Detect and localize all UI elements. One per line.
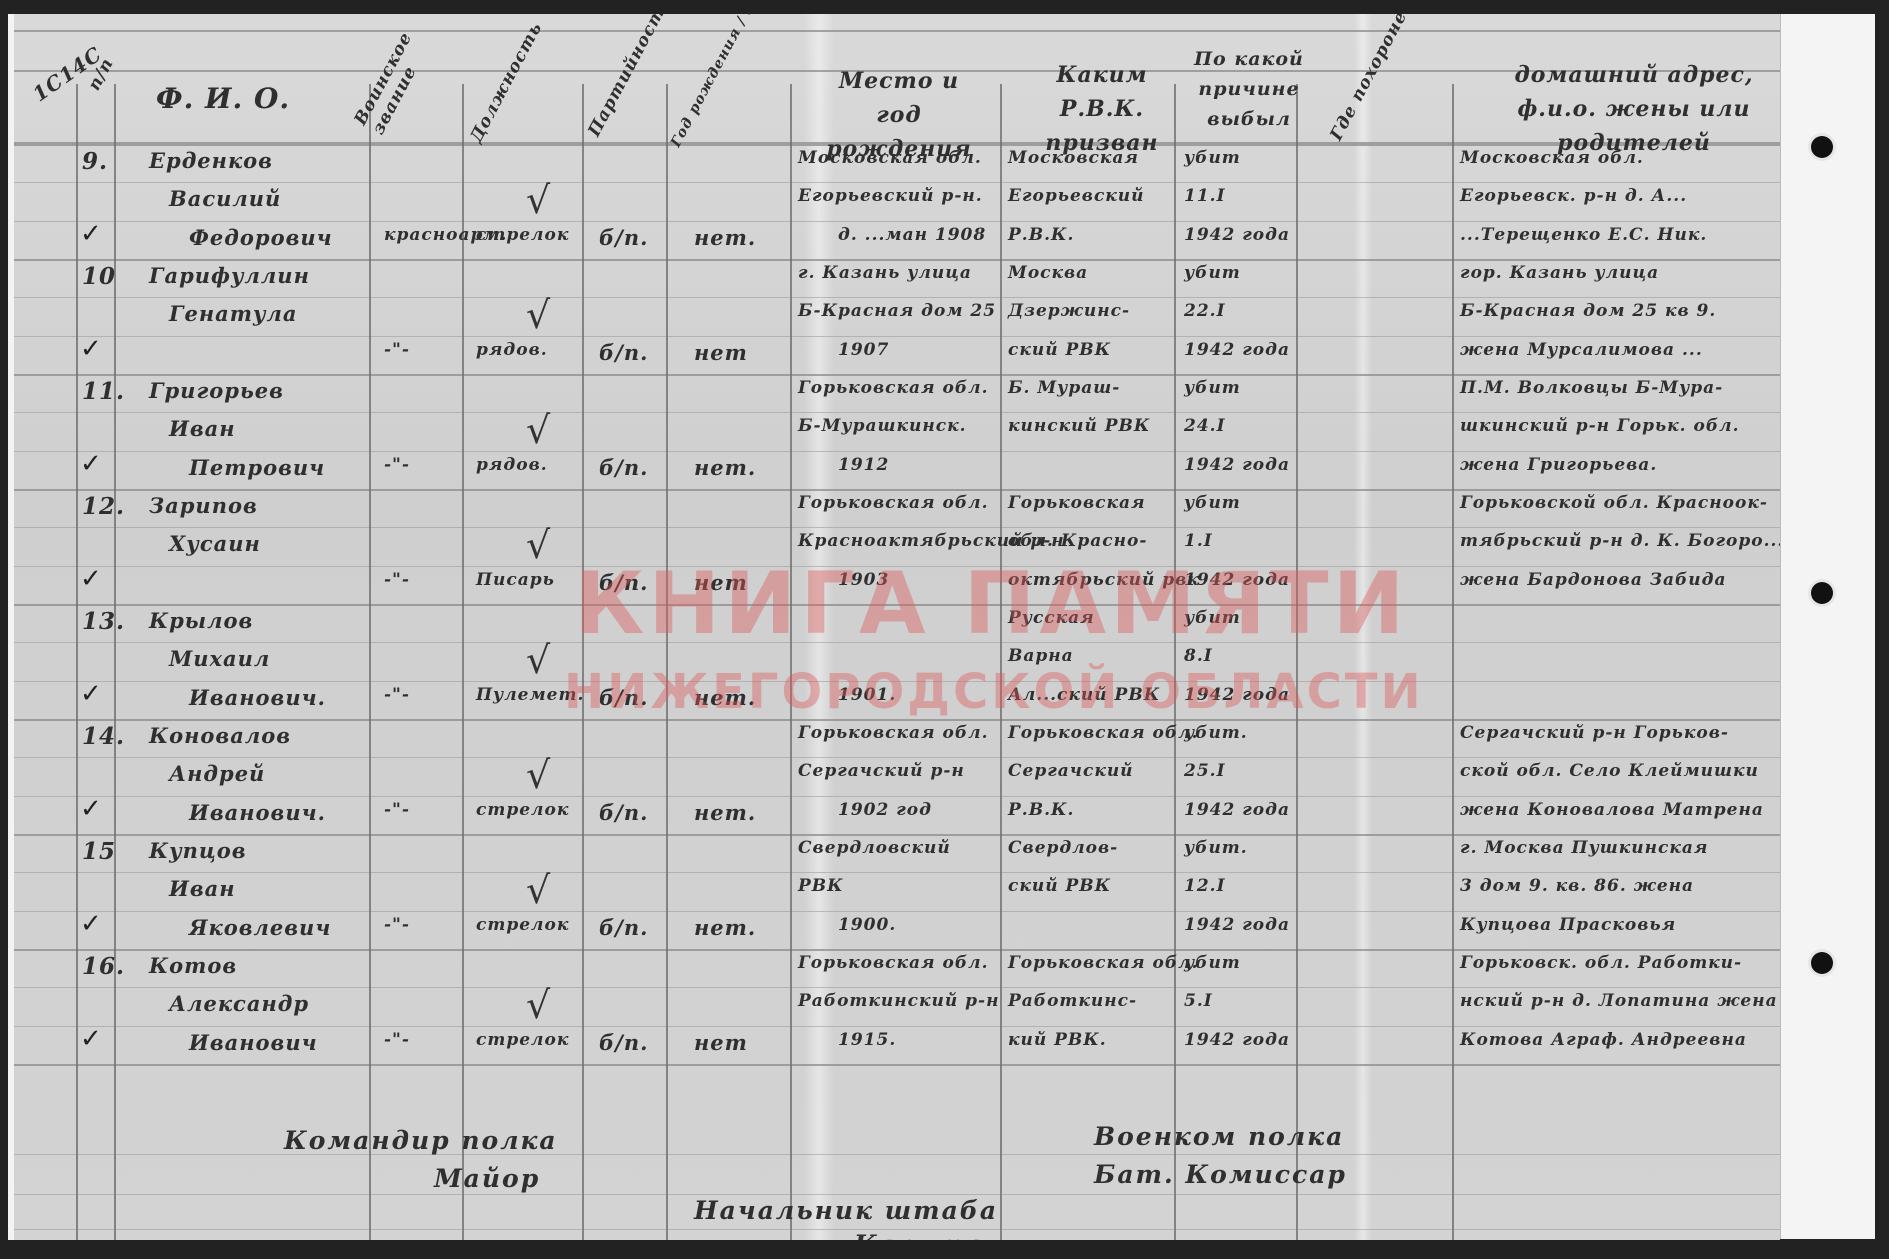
extra-value: нет. [694,915,756,940]
sub-rule [14,412,1780,413]
sub-rule [14,527,1780,528]
soldier-name-part: Федорович [189,225,333,250]
rvk-line: кинский РВК [1008,416,1150,436]
reason-line: 12.I [1184,876,1226,896]
watermark-subtitle: НИЖЕГОРОДСКОЙ ОБЛАСТИ [564,664,1424,720]
soldier-name-part: Яковлевич [189,915,331,940]
checkmark-icon: √ [526,408,551,452]
birthplace-line: Егорьевский р-н. [798,186,983,206]
rvk-line: Сергачский [1008,761,1134,781]
sub-rule [14,872,1780,873]
column-divider [666,84,668,1240]
margin-tick-icon: ✓ [80,794,102,824]
rvk-line: Дзержинс- [1008,301,1130,321]
reason-line: убит. [1184,723,1248,743]
birthplace-line: 1912 [838,455,889,475]
soldier-name-part: Андрей [169,761,265,786]
address-line: Купцова Прасковья [1460,915,1676,935]
soldier-name-part: Иван [169,876,236,901]
reason-line: убит [1184,378,1241,398]
reason-line: 1942 года [1184,340,1290,360]
reason-line: 5.I [1184,991,1213,1011]
margin-tick-icon: ✓ [80,449,102,479]
rank-value: -"- [384,685,410,705]
address-line: жена Мурсалимова ... [1460,340,1703,360]
address-line: нский р-н д. Лопатина жена [1460,991,1778,1011]
sub-rule [14,297,1780,298]
position-value: рядов. [476,455,548,475]
rvk-line: Московская [1008,148,1139,168]
row-divider [14,259,1780,261]
extra-value: нет [694,1030,748,1055]
rank-value: -"- [384,800,410,820]
reason-line: 25.I [1184,761,1226,781]
soldier-name-part: Котов [149,953,237,978]
rank-value: -"- [384,915,410,935]
address-line: Горьковск. обл. Работки- [1460,953,1742,973]
birthplace-line: Горьковская обл. [798,378,988,398]
extra-value: нет [694,340,748,365]
margin-tick-icon: ✓ [80,564,102,594]
rule-line [14,1194,1780,1195]
rvk-line: Работкинс- [1008,991,1137,1011]
checkmark-icon: √ [526,753,551,797]
address-line: тябрьский р-н д. К. Богоро... [1460,531,1780,551]
commissar-rank: Бат. Комиссар [1094,1160,1347,1189]
rvk-line: Горьковская [1008,493,1146,513]
row-number: 9. [82,148,108,175]
position-value: Писарь [476,570,555,590]
header-party: Партийность [584,14,675,140]
birthplace-line: Работкинский р-н [798,991,1000,1011]
party-value: б/п. [599,800,648,825]
address-line: Горьковской обл. Красноок- [1460,493,1768,513]
reason-line: 1942 года [1184,455,1290,475]
birthplace-line: Горьковская обл. [798,723,988,743]
rvk-line: ский РВК [1008,876,1111,896]
birthplace-line: 1907 [838,340,889,360]
row-divider [14,374,1780,376]
birthplace-line: Горьковская обл. [798,493,988,513]
checkmark-icon: √ [526,293,551,337]
party-value: б/п. [599,915,648,940]
address-line: жена Бардонова Забида [1460,570,1727,590]
extra-value: нет. [694,800,756,825]
rvk-line: Р.В.К. [1008,225,1074,245]
row-divider [14,489,1780,491]
header-address: домашний адрес, ф.и.о. жены или родителе… [1474,58,1780,160]
punch-hole [1811,582,1833,604]
checkmark-icon: √ [526,178,551,222]
rvk-line: Горьковская обл. [1008,723,1198,743]
birthplace-line: 1900. [838,915,896,935]
reason-line: 1942 года [1184,225,1290,245]
header-rvk: Каким Р.В.К. призван [1032,58,1172,160]
address-line: жена Коновалова Матрена [1460,800,1764,820]
party-value: б/п. [599,455,648,480]
birthplace-line: 1902 год [838,800,932,820]
sub-rule [14,987,1780,988]
birthplace-line: Свердловский [798,838,951,858]
commander-rank: Майор [434,1164,540,1193]
column-divider [1296,84,1298,1240]
sub-rule [14,182,1780,183]
rank-value: -"- [384,340,410,360]
address-line: г. Москва Пушкинская [1460,838,1708,858]
rvk-line: Москва [1008,263,1088,283]
rank-value: -"- [384,455,410,475]
address-line: гор. Казань улица [1460,263,1659,283]
checkmark-icon: √ [526,523,551,567]
checkmark-icon: √ [526,983,551,1027]
header-where: Где похоронен [1326,14,1418,144]
row-number: 16. [82,953,125,980]
reason-line: 22.I [1184,301,1226,321]
column-divider [114,84,116,1240]
sub-rule [14,757,1780,758]
reason-line: 1942 года [1184,800,1290,820]
margin-tick-icon: ✓ [80,679,102,709]
column-divider [790,84,792,1240]
birthplace-line: Московская обл. [798,148,982,168]
soldier-name-part: Крылов [149,608,253,633]
soldier-name-part: Коновалов [149,723,291,748]
party-value: б/п. [599,340,648,365]
rvk-line: Горьковская обл. [1008,953,1198,973]
extra-value: нет. [694,225,756,250]
row-number: 10 [82,263,116,290]
address-line: жена Григорьева. [1460,455,1657,475]
soldier-name-part: Зарипов [149,493,258,518]
sub-rule [14,336,1780,337]
birthplace-line: д. ...ман 1908 [838,225,986,245]
column-divider [582,84,584,1240]
rvk-line: Б. Мураш- [1008,378,1120,398]
rvk-line: обл. Красно- [1008,531,1147,551]
row-number: 11. [82,378,125,405]
column-divider [76,84,78,1240]
checkmark-icon: √ [526,638,551,682]
rvk-line: ский РВК [1008,340,1111,360]
sub-rule [14,1026,1780,1027]
address-line: 3 дом 9. кв. 86. жена [1460,876,1694,896]
sub-rule [14,911,1780,912]
reason-line: убит. [1184,838,1248,858]
extra-value: нет. [694,455,756,480]
soldier-name-part: Генатула [169,301,298,326]
header-position: Должность [466,19,546,146]
rvk-line: Р.В.К. [1008,800,1074,820]
header-year-party: Год рождения / Партийность [668,14,814,150]
binding-strip [1780,14,1875,1239]
address-line: Б-Красная дом 25 кв 9. [1460,301,1716,321]
birthplace-line: Горьковская обл. [798,953,988,973]
address-line: П.М. Волковцы Б-Мура- [1460,378,1723,398]
position-value: стрелок [476,1030,569,1050]
position-value: рядов. [476,340,548,360]
margin-tick-icon: ✓ [80,334,102,364]
reason-line: убит [1184,263,1241,283]
row-divider [14,834,1780,836]
commander-title: Командир полка [284,1126,558,1155]
margin-tick-icon: ✓ [80,909,102,939]
column-divider [462,84,464,1240]
soldier-name-part: Петрович [189,455,325,480]
rule-line [14,1154,1780,1155]
column-divider [1174,84,1176,1240]
birthplace-line: РВК [798,876,844,896]
sub-rule [14,451,1780,452]
reason-line: убит [1184,148,1241,168]
reason-line: 11.I [1184,186,1226,206]
position-value: стрелок [476,800,569,820]
reason-line: 1942 года [1184,915,1290,935]
document-sheet: 1С14С п/п Ф. И. О. Воинское звание Должн… [8,14,1780,1240]
row-number: 12. [82,493,125,520]
header-reason: По какой причине выбыл [1194,44,1304,134]
party-value: б/п. [599,225,648,250]
punch-hole [1811,136,1833,158]
row-number: 14. [82,723,125,750]
soldier-name-part: Василий [169,186,281,211]
reason-line: убит [1184,953,1241,973]
birthplace-line: Б-Мурашкинск. [798,416,967,436]
header-rank: Воинское звание [351,31,433,138]
soldier-name-part: Хусаин [169,531,261,556]
header-fio: Ф. И. О. [156,82,290,115]
soldier-name-part: Иванович. [189,800,326,825]
rvk-line: Егорьевский [1008,186,1145,206]
column-divider [369,84,371,1240]
birthplace-line: Сергачский р-н [798,761,965,781]
column-divider [1000,84,1002,1240]
address-line: Котова Аграф. Андреевна [1460,1030,1747,1050]
rvk-line: кий РВК. [1008,1030,1107,1050]
row-number: 13. [82,608,125,635]
rank-value: -"- [384,1030,410,1050]
address-line: ской обл. Село Клеймишки [1460,761,1759,781]
row-divider [14,949,1780,951]
soldier-name-part: Иванович. [189,685,326,710]
punch-hole [1811,952,1833,974]
rank-value: -"- [384,570,410,590]
address-line: Егорьевск. р-н д. А... [1460,186,1687,206]
birthplace-line: 1915. [838,1030,896,1050]
soldier-name-part: Гарифуллин [149,263,310,288]
address-line: Московская обл. [1460,148,1644,168]
reason-line: 1.I [1184,531,1213,551]
checkmark-icon: √ [526,868,551,912]
address-line: ...Терещенко Е.С. Ник. [1460,225,1707,245]
commissar-title: Военком полка [1094,1122,1344,1151]
row-divider [14,1064,1780,1066]
address-line: Сергачский р-н Горьков- [1460,723,1729,743]
address-line: шкинский р-н Горьк. обл. [1460,416,1740,436]
birthplace-line: г. Казань улица [798,263,972,283]
watermark-title: КНИГА ПАМЯТИ [574,554,1409,654]
rvk-line: Свердлов- [1008,838,1118,858]
sub-rule [14,796,1780,797]
birthplace-line: Б-Красная дом 25 [798,301,996,321]
chief-of-staff-title: Начальник штаба [694,1196,998,1225]
soldier-name-part: Ерденков [149,148,273,173]
sub-rule [14,221,1780,222]
chief-of-staff-rank: Капитан [854,1230,1004,1240]
soldier-name-part: Купцов [149,838,247,863]
margin-tick-icon: ✓ [80,219,102,249]
reason-line: 1942 года [1184,1030,1290,1050]
position-value: стрелок [476,225,569,245]
soldier-name-part: Александр [169,991,309,1016]
margin-tick-icon: ✓ [80,1024,102,1054]
soldier-name-part: Иван [169,416,236,441]
position-value: стрелок [476,915,569,935]
party-value: б/п. [599,1030,648,1055]
rule-line [14,30,1780,32]
soldier-name-part: Григорьев [149,378,284,403]
reason-line: убит [1184,493,1241,513]
row-number: 15 [82,838,116,865]
soldier-name-part: Михаил [169,646,270,671]
reason-line: 24.I [1184,416,1226,436]
column-divider [1452,84,1454,1240]
soldier-name-part: Иванович [189,1030,318,1055]
